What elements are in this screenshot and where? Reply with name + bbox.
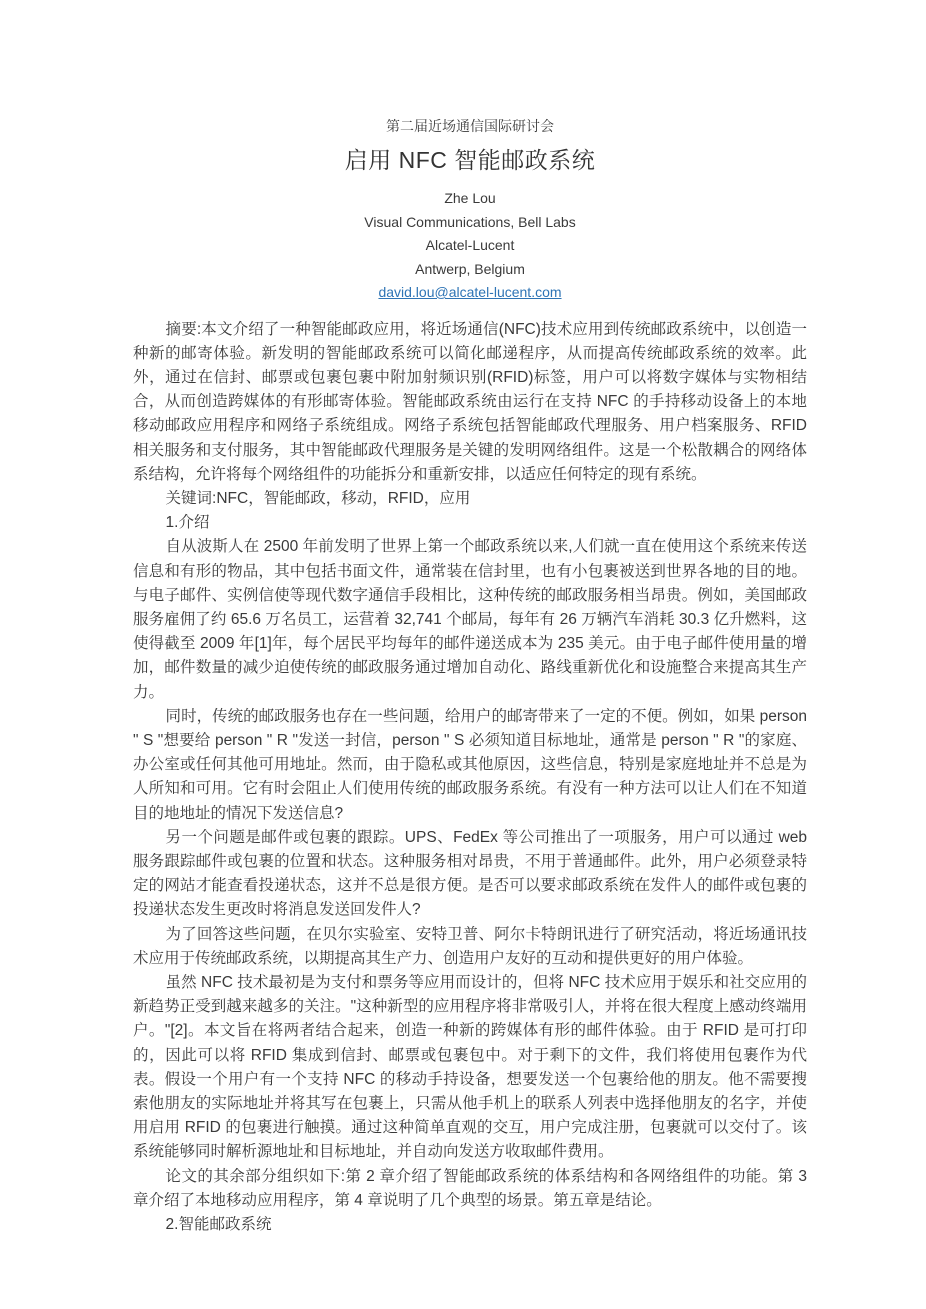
- document-body: 摘要:本文介绍了一种智能邮政应用，将近场通信(NFC)技术应用到传统邮政系统中，…: [133, 318, 807, 1238]
- intro-paragraph-5: 虽然 NFC 技术最初是为支付和票务等应用而设计的，但将 NFC 技术应用于娱乐…: [133, 971, 807, 1165]
- document-header: 第二届近场通信国际研讨会 启用 NFC 智能邮政系统 Zhe Lou Visua…: [133, 117, 807, 305]
- document-page: 第二届近场通信国际研讨会 启用 NFC 智能邮政系统 Zhe Lou Visua…: [0, 0, 926, 1309]
- intro-paragraph-3: 另一个问题是邮件或包裹的跟踪。UPS、FedEx 等公司推出了一项服务，用户可以…: [133, 826, 807, 923]
- section-heading-system: 2.智能邮政系统: [133, 1213, 807, 1237]
- intro-paragraph-4: 为了回答这些问题，在贝尔实验室、安特卫普、阿尔卡特朗讯进行了研究活动，将近场通讯…: [133, 923, 807, 971]
- conference-name: 第二届近场通信国际研讨会: [133, 117, 807, 136]
- author-block: Zhe Lou Visual Communications, Bell Labs…: [133, 187, 807, 305]
- intro-paragraph-2: 同时，传统的邮政服务也存在一些问题，给用户的邮寄带来了一定的不便。例如，如果 p…: [133, 705, 807, 826]
- keywords-line: 关键词:NFC，智能邮政，移动，RFID，应用: [133, 487, 807, 511]
- affiliation-location: Antwerp, Belgium: [133, 258, 807, 282]
- author-name: Zhe Lou: [133, 187, 807, 211]
- paper-title: 启用 NFC 智能邮政系统: [133, 144, 807, 176]
- section-heading-intro: 1.介绍: [133, 511, 807, 535]
- affiliation-department: Visual Communications, Bell Labs: [133, 211, 807, 235]
- abstract-paragraph: 摘要:本文介绍了一种智能邮政应用，将近场通信(NFC)技术应用到传统邮政系统中，…: [133, 318, 807, 487]
- affiliation-company: Alcatel-Lucent: [133, 234, 807, 258]
- outline-paragraph: 论文的其余部分组织如下:第 2 章介绍了智能邮政系统的体系结构和各网络组件的功能…: [133, 1165, 807, 1213]
- author-email-link[interactable]: david.lou@alcatel-lucent.com: [378, 284, 561, 300]
- intro-paragraph-1: 自从波斯人在 2500 年前发明了世界上第一个邮政系统以来,人们就一直在使用这个…: [133, 535, 807, 704]
